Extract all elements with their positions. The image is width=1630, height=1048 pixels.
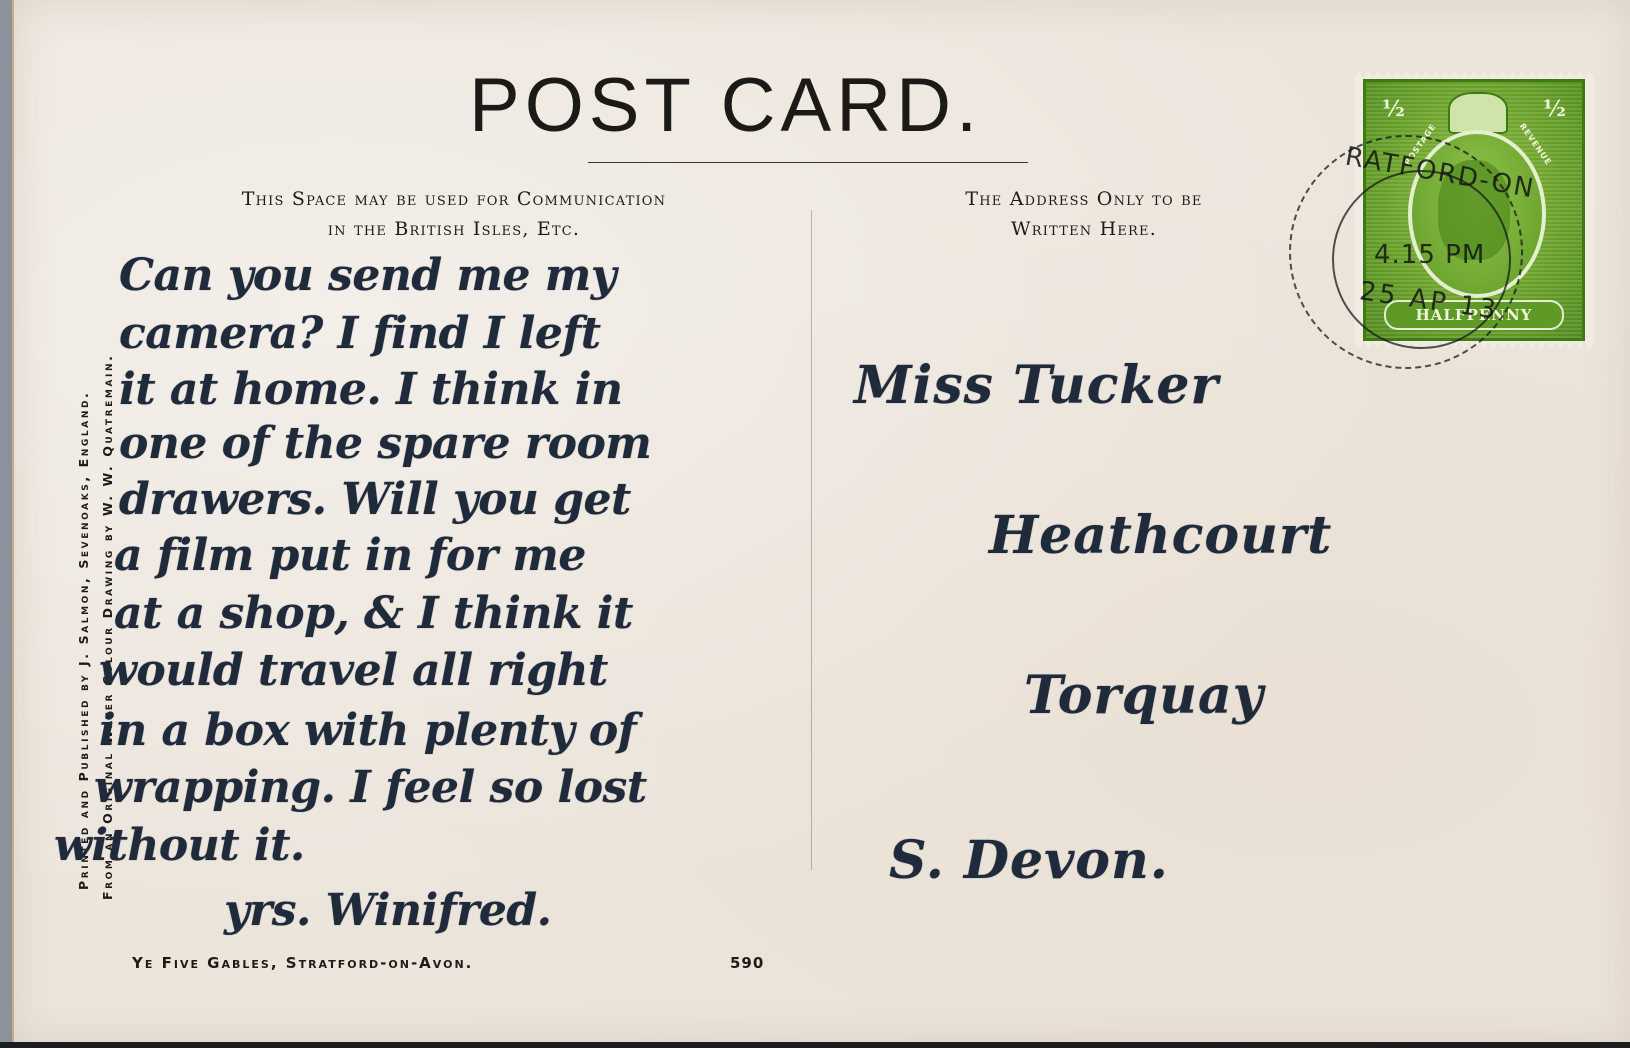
title-underline [588, 162, 1028, 163]
address-heading-line2: Written Here. [894, 214, 1274, 244]
communication-heading: This Space may be used for Communication… [154, 184, 754, 244]
message-line: it at home. I think in [119, 364, 622, 415]
message-line: in a box with plenty of [99, 705, 636, 756]
stamp-value-right: ½ [1543, 96, 1566, 122]
message-line: camera? I find I left [119, 308, 601, 359]
message-line: drawers. Will you get [119, 474, 631, 525]
message-line: at a shop, & I think it [114, 588, 633, 639]
postmark-time: 4.15 PM [1374, 240, 1485, 270]
message-line: one of the spare room [119, 418, 651, 469]
publisher-credit: Printed and Published by J. Salmon, Seve… [76, 391, 91, 890]
center-divider-line [811, 210, 812, 870]
message-line: a film put in for me [114, 530, 586, 581]
image-caption: Ye Five Gables, Stratford-on-Avon. [132, 954, 473, 972]
postcard-back: POST CARD. This Space may be used for Co… [12, 0, 1630, 1042]
scan-edge-left [0, 0, 12, 1048]
communication-heading-line1: This Space may be used for Communication [154, 184, 754, 214]
address-line: Heathcourt [989, 505, 1332, 566]
message-line: wrapping. I feel so lost [94, 762, 647, 813]
address-line: Torquay [1024, 665, 1264, 726]
postcard-title: POST CARD. [469, 62, 1069, 149]
message-line: would travel all right [99, 645, 608, 696]
address-heading: The Address Only to be Written Here. [894, 184, 1274, 244]
address-heading-line1: The Address Only to be [894, 184, 1274, 214]
address-line: S. Devon. [889, 830, 1169, 891]
artist-credit: From an Original Water Colour Drawing by… [100, 354, 115, 901]
communication-heading-line2: in the British Isles, Etc. [154, 214, 754, 244]
message-line: Can you send me my [119, 250, 616, 301]
address-line: Miss Tucker [854, 355, 1219, 416]
scan-edge-bottom [0, 1042, 1630, 1048]
message-line: without it. [54, 820, 305, 871]
stamp-value-left: ½ [1382, 96, 1405, 122]
crown-icon [1448, 92, 1508, 134]
card-number: 590 [730, 954, 764, 972]
message-signoff: yrs. Winifred. [224, 885, 551, 936]
